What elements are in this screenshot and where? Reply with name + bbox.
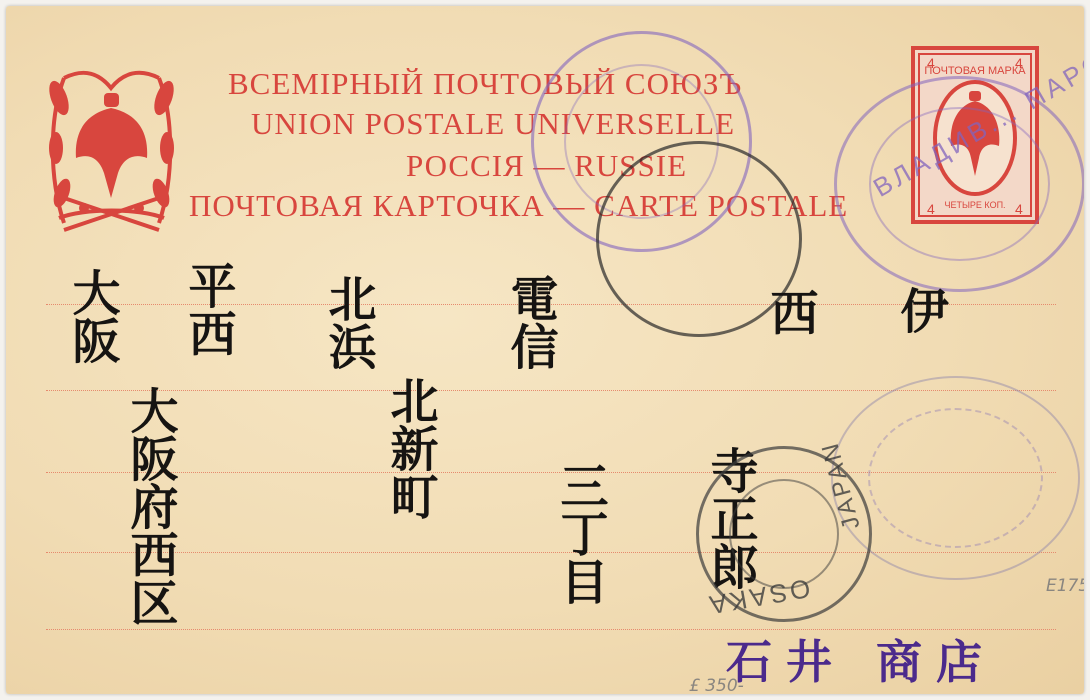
svg-text:ПОЧТОВАЯ МАРКА: ПОЧТОВАЯ МАРКА bbox=[924, 65, 1026, 77]
brush-address-3: 三丁目 bbox=[556, 461, 604, 605]
pencil-note-price: £ 350- bbox=[689, 676, 744, 694]
brush-column-4: 電信 bbox=[506, 274, 554, 370]
pencil-note-catalog: E175 bbox=[1046, 576, 1084, 596]
brush-address-1: 大阪府西区 bbox=[126, 386, 174, 626]
postcard: ВСЕМІРНЫЙ ПОЧТОВЫЙ СОЮЗЪ UNION POSTALE U… bbox=[6, 6, 1084, 694]
brush-column-5: 西 bbox=[766, 288, 814, 336]
brush-column-3: 北浜 bbox=[324, 274, 372, 370]
svg-text:4: 4 bbox=[927, 55, 935, 71]
brush-column-6: 伊 bbox=[896, 286, 944, 334]
brush-address-2: 北新町 bbox=[386, 376, 434, 520]
svg-text:4: 4 bbox=[1015, 55, 1023, 71]
brush-column-1: 大阪 bbox=[68, 268, 116, 364]
violet-sender-stamp: 石井 商店 bbox=[726, 626, 996, 692]
brush-column-2: 平西 bbox=[184, 261, 232, 357]
imperial-eagle-emblem-icon bbox=[44, 58, 179, 238]
